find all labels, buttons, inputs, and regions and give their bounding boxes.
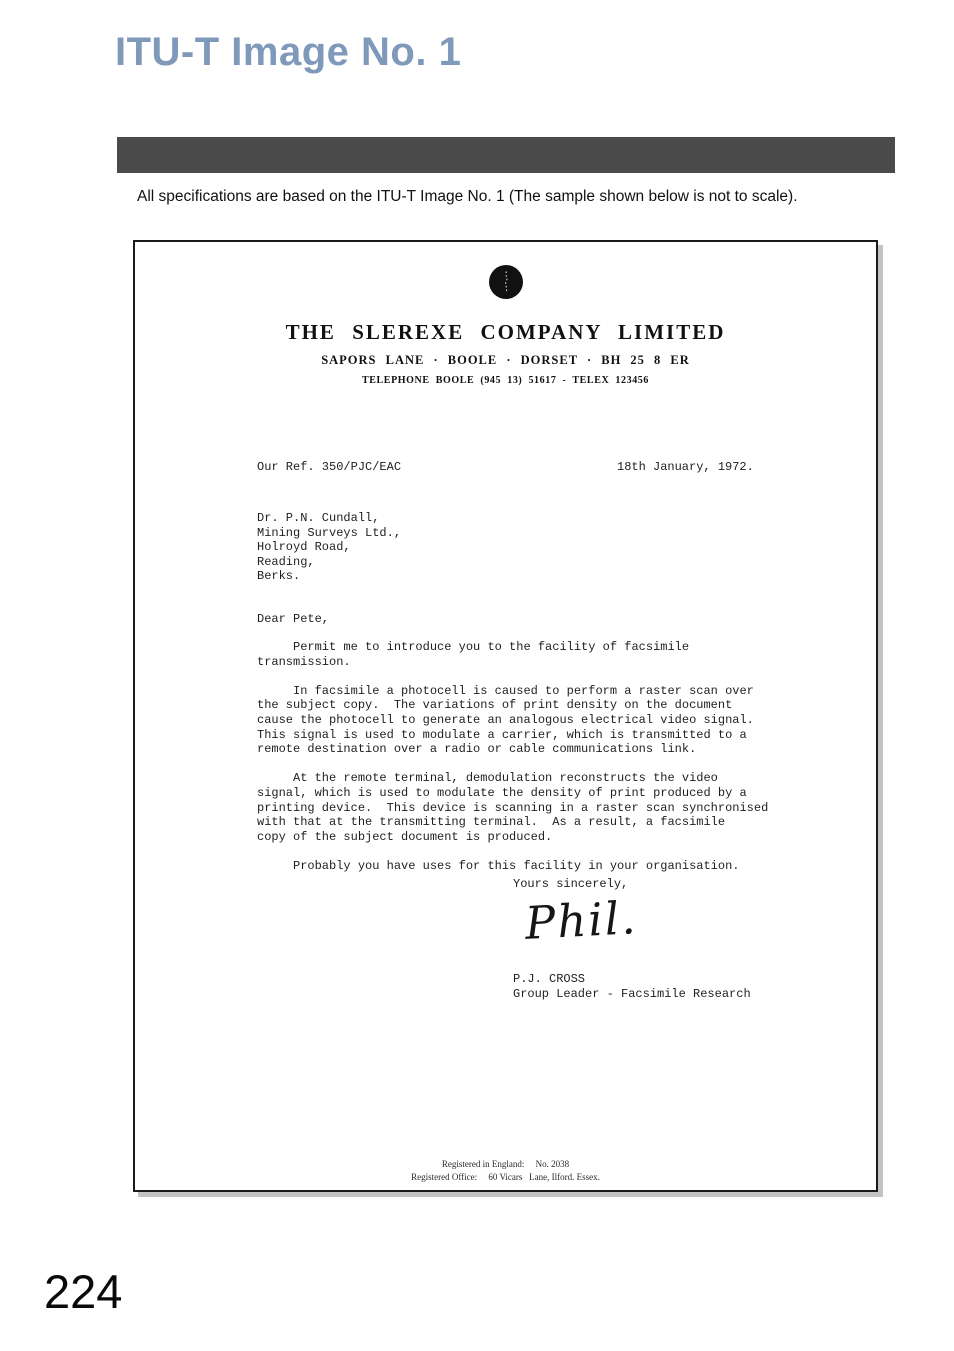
manual-page: ITU-T Image No. 1 All specifications are… bbox=[0, 0, 954, 1351]
page-number: 224 bbox=[44, 1264, 122, 1319]
intro-text: All specifications are based on the ITU-… bbox=[137, 188, 798, 206]
company-phone-line: TELEPHONE BOOLE (945 13) 51617 - TELEX 1… bbox=[135, 375, 876, 386]
closing-line: Yours sincerely, bbox=[513, 877, 628, 892]
section-header-bar bbox=[117, 137, 895, 173]
handwritten-signature: Phil. bbox=[524, 891, 639, 950]
page-title: ITU-T Image No. 1 bbox=[115, 30, 461, 75]
salutation: Dear Pete, bbox=[257, 612, 329, 627]
letter-date: 18th January, 1972. bbox=[617, 460, 754, 475]
letter-body: Permit me to introduce you to the facili… bbox=[257, 640, 768, 874]
letter-reference: Our Ref. 350/PJC/EAC bbox=[257, 460, 401, 475]
company-address-line: SAPORS LANE · BOOLE · DORSET · BH 25 8 E… bbox=[135, 353, 876, 368]
itu-t-sample-letter: THE SLEREXE COMPANY LIMITED SAPORS LANE … bbox=[133, 240, 878, 1192]
letterhead: THE SLEREXE COMPANY LIMITED SAPORS LANE … bbox=[135, 264, 876, 386]
recipient-address: Dr. P.N. Cundall, Mining Surveys Ltd., H… bbox=[257, 511, 401, 584]
registration-footer: Registered in England: No. 2038 Register… bbox=[135, 1158, 876, 1184]
company-name: THE SLEREXE COMPANY LIMITED bbox=[135, 320, 876, 345]
signer-name-title: P.J. CROSS Group Leader - Facsimile Rese… bbox=[513, 972, 751, 1001]
company-logo-icon bbox=[135, 264, 876, 300]
